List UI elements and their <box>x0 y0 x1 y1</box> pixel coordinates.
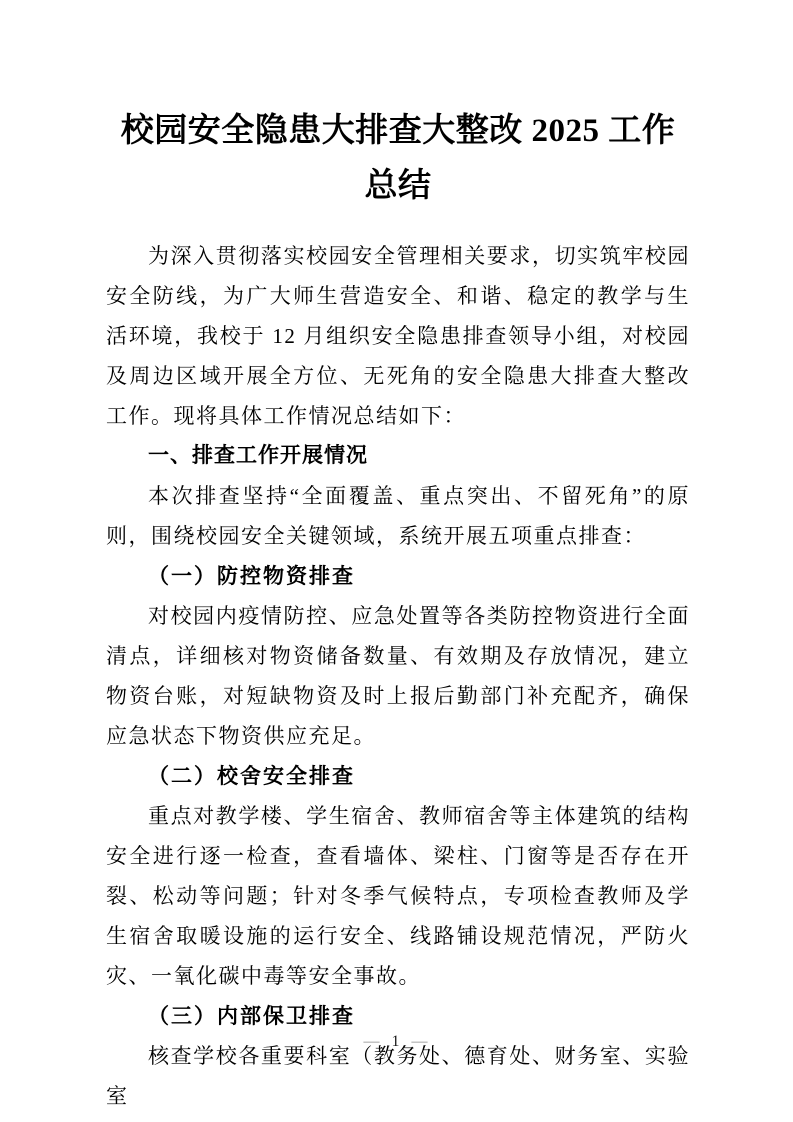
document-page: 校园安全隐患大排查大整改 2025 工作总结 为深入贯彻落实校园安全管理相关要求… <box>0 0 793 1122</box>
footer-dash-left: — <box>364 1033 382 1050</box>
paragraph-intro: 为深入贯彻落实校园安全管理相关要求，切实筑牢校园安全防线，为广大师生营造安全、和… <box>106 236 690 436</box>
footer-page-number: 1 <box>382 1033 412 1050</box>
paragraph-section-1-intro: 本次排查坚持“全面覆盖、重点突出、不留死角”的原则，围绕校园安全关键领域，系统开… <box>106 476 690 556</box>
subsection-heading-1-1: （一）防控物资排查 <box>106 556 690 596</box>
page-footer: —1— <box>0 1030 793 1054</box>
paragraph-subsection-1-1: 对校园内疫情防控、应急处置等各类防控物资进行全面清点，详细核对物资储备数量、有效… <box>106 596 690 756</box>
paragraph-subsection-1-2: 重点对教学楼、学生宿舍、教师宿舍等主体建筑的结构安全进行逐一检查，查看墙体、梁柱… <box>106 796 690 996</box>
section-heading-1: 一、排查工作开展情况 <box>106 436 690 476</box>
document-title: 校园安全隐患大排查大整改 2025 工作总结 <box>106 104 690 214</box>
footer-dash-right: — <box>412 1033 430 1050</box>
subsection-heading-1-2: （二）校舍安全排查 <box>106 756 690 796</box>
document-body: 为深入贯彻落实校园安全管理相关要求，切实筑牢校园安全防线，为广大师生营造安全、和… <box>106 236 690 1116</box>
